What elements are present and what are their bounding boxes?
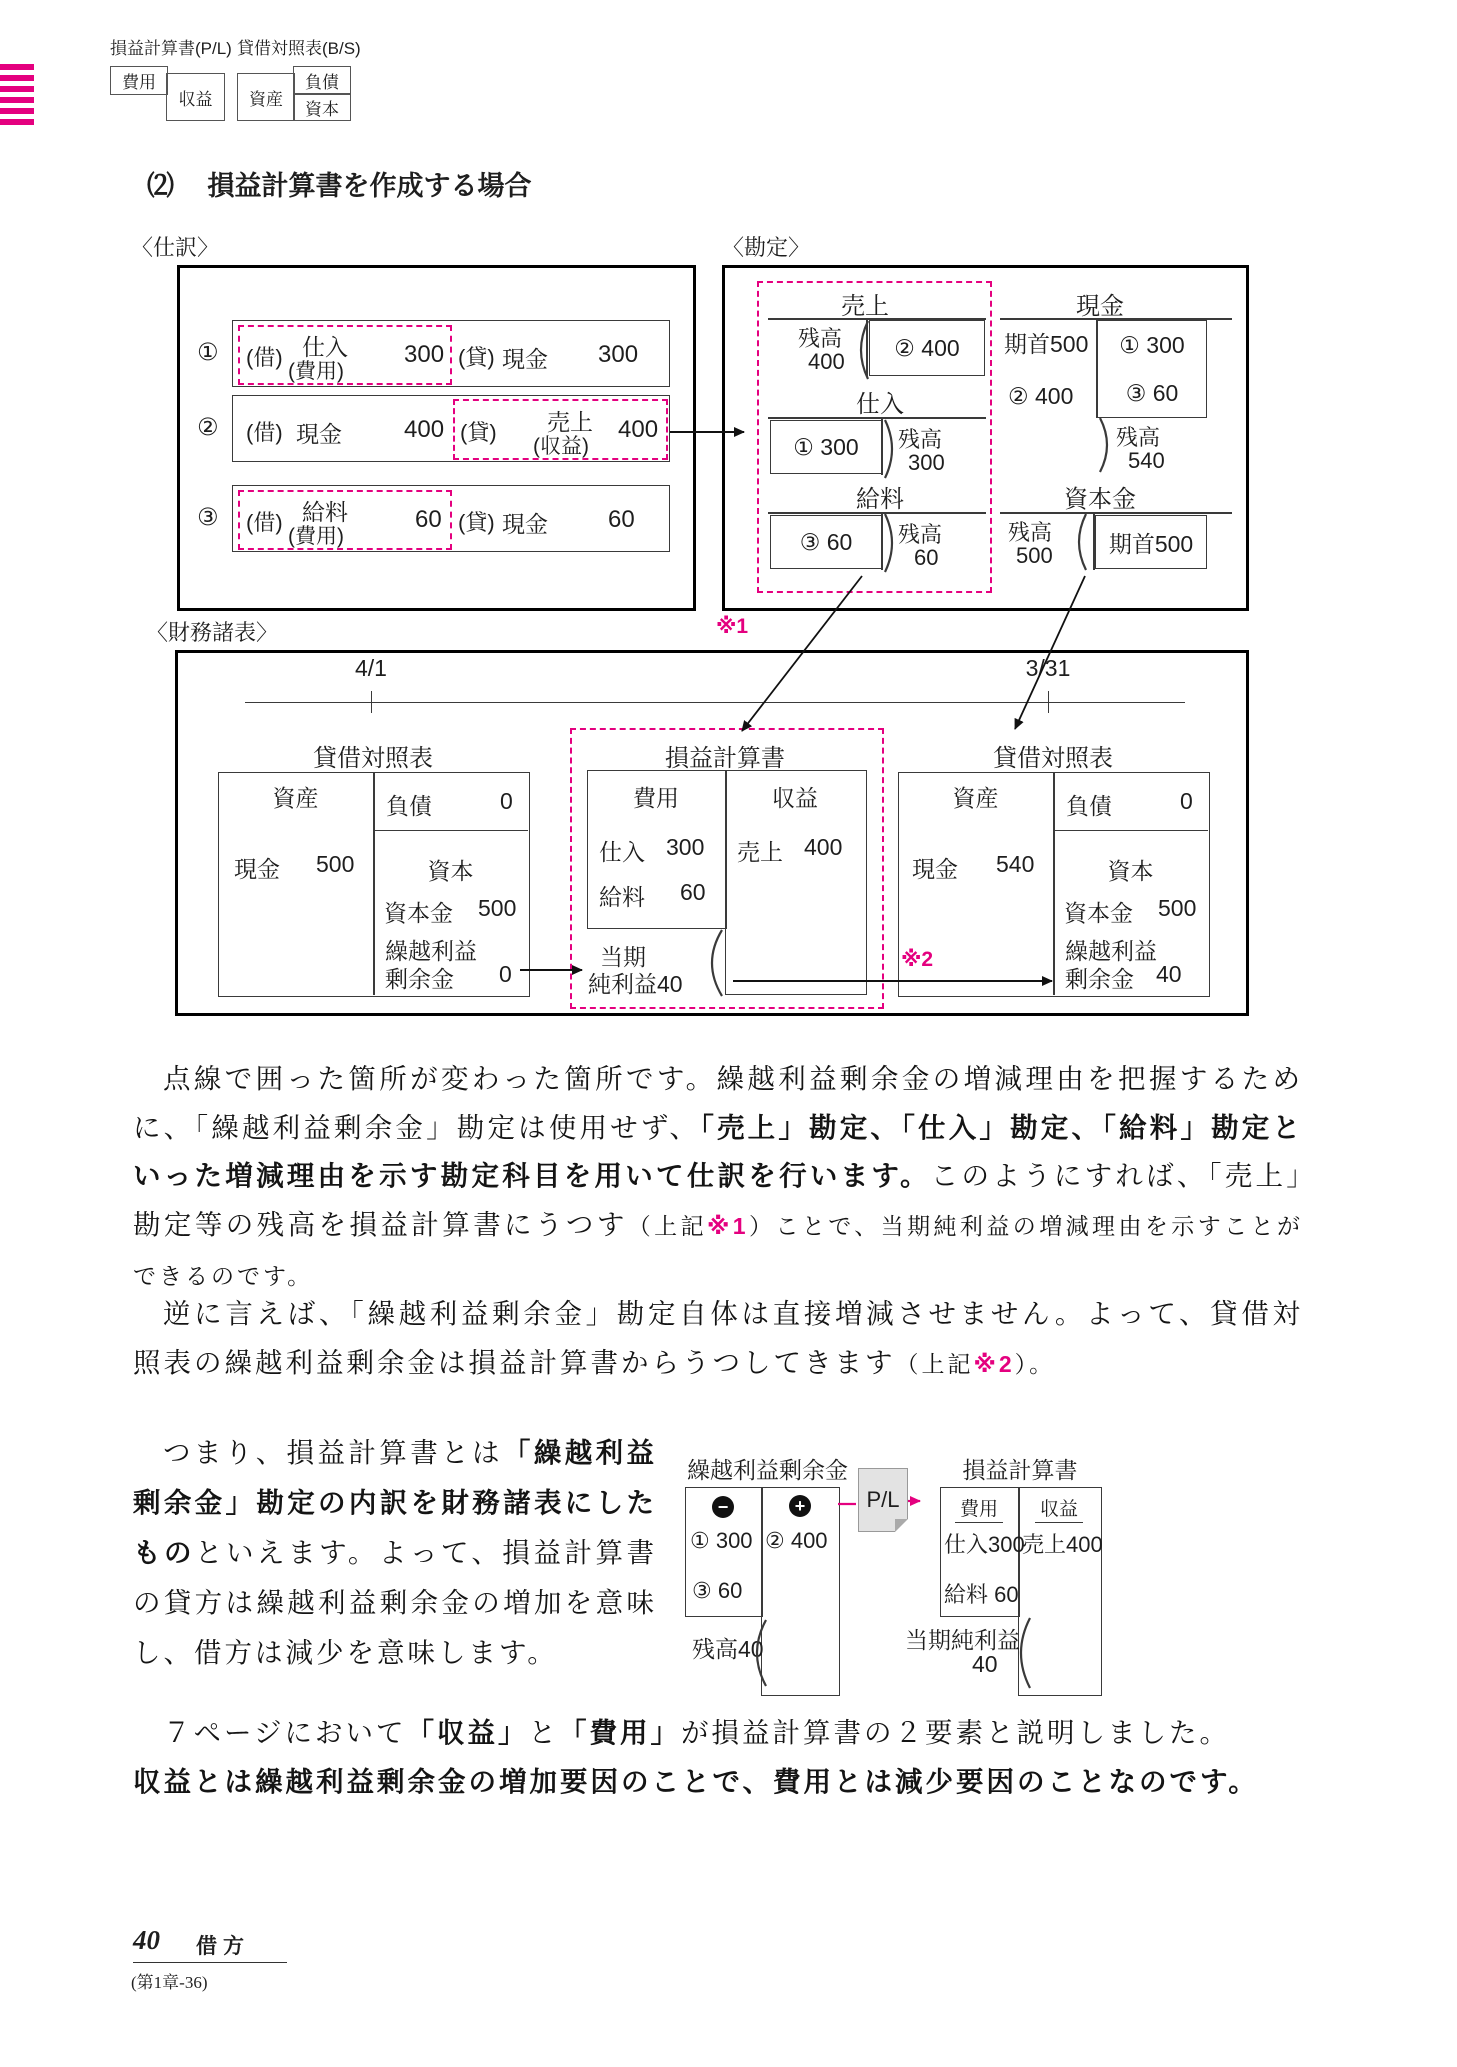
footer-rule: [133, 1962, 287, 1963]
account-salary-entry: ③ 60: [770, 515, 882, 569]
header-pl-title: 損益計算書(P/L): [110, 34, 232, 59]
header-pl-revenue-cell: 収益: [166, 73, 225, 121]
account-cash-opening: 期首500: [1004, 326, 1088, 359]
p4-seg5: が損益計算書の２要素と説明しました。: [681, 1717, 1230, 1748]
fs-label: 〈財務諸表〉: [146, 616, 278, 647]
paragraph-4: ７ページにおいて「収益」と「費用」が損益計算書の２要素と説明しました。 収益とは…: [133, 1708, 1327, 1806]
plus-icon: +: [789, 1495, 811, 1517]
account-cash-title: 現金: [1035, 286, 1165, 321]
p1-note1-ref: ※1: [707, 1213, 749, 1239]
journal-entry3-debit-prefix: (借): [246, 506, 283, 537]
retained-earnings-title: 繰越利益剰余金: [680, 1452, 855, 1485]
footer-chapter: (第1章-36): [131, 1968, 207, 1993]
timeline-date-end: 3/31: [1017, 655, 1079, 682]
journal-entry2-debit-amount: 400: [404, 416, 444, 444]
bs1-capital-label: 資本金: [384, 895, 453, 928]
account-purchases-title: 仕入: [815, 384, 945, 419]
journal-entry2-credit-prefix: (貸): [460, 416, 497, 447]
bottom-pl-expense-header: 費用: [940, 1494, 1018, 1521]
header-pl-expense-cell: 費用: [110, 66, 168, 95]
p2-seg3: ）。: [1015, 1352, 1056, 1377]
journal-label: 〈仕訳〉: [131, 231, 219, 262]
journal-entry1-debit-type: (費用): [288, 355, 344, 385]
account-cash-credit-entry1: ① 300: [1119, 332, 1184, 359]
note2-label: ※2: [901, 947, 933, 972]
bs1-retained-value: 0: [499, 961, 512, 988]
account-cash-debit-entry: ② 400: [1008, 383, 1073, 410]
journal-entry3-credit-prefix: (貸): [458, 506, 495, 537]
bottom-pl-revenue-header-text: 収益: [1035, 1499, 1083, 1523]
retained-earnings-debit2: ③ 60: [692, 1578, 742, 1604]
pl-expense2-value: 60: [680, 879, 706, 906]
journal-entry1-debit-amount: 300: [404, 341, 444, 369]
bottom-pl-expense2: 給料 60: [944, 1578, 1019, 1609]
bs2-asset-value: 540: [996, 851, 1034, 878]
p4-seg1: ７ページにおいて: [163, 1717, 406, 1748]
section-title: 損益計算書を作成する場合: [208, 171, 532, 201]
journal-entry2-number: ②: [197, 413, 219, 442]
bottom-pl-expense1: 仕入300: [944, 1528, 1025, 1559]
account-cash-credit-box: ① 300 ③ 60: [1097, 320, 1207, 418]
bs2-retained-line2: 剰余金: [1065, 961, 1134, 994]
p4-seg2-bold: 「収益」: [406, 1717, 528, 1748]
journal-entry2-credit-type: (収益): [533, 430, 589, 460]
pl-document-icon: P/L: [858, 1468, 908, 1532]
bs2-capital-label: 資本金: [1064, 895, 1133, 928]
p4-seg6-bold: 収益とは繰越利益剰余金の増加要因のことで、費用とは減少要因のことなのです。: [133, 1766, 1259, 1797]
timeline-date-start: 4/1: [346, 655, 396, 682]
journal-entry2-debit-prefix: (借): [246, 416, 283, 447]
account-sales-divider: [866, 318, 868, 376]
timeline-tick-start: [371, 691, 372, 713]
bs1-equity-header: 資本: [373, 853, 528, 886]
account-salary-line: [768, 512, 986, 514]
retained-earnings-credit-cell: [761, 1487, 840, 1696]
p4-seg3: と: [528, 1717, 559, 1748]
journal-entry3-number: ③: [197, 503, 219, 532]
journal-entry1-credit-prefix: (貸): [458, 341, 495, 372]
section-number: ⑵: [147, 171, 174, 201]
footer-page-number: 40: [133, 1925, 160, 1956]
retained-earnings-balance: 残高40: [692, 1631, 764, 1664]
p2-seg2: （上記: [896, 1352, 974, 1377]
ledger-label: 〈勘定〉: [722, 231, 810, 262]
bs2-assets-header: 資産: [898, 780, 1053, 813]
header-bs-liability-cell: 負債: [293, 66, 351, 95]
journal-entry3-debit-type: (費用): [288, 520, 344, 550]
journal-entry1-credit-account: 現金: [502, 341, 548, 374]
timeline: [245, 702, 1185, 703]
p3-seg1: つまり、損益計算書とは: [163, 1437, 503, 1468]
decorative-stripes: [0, 64, 34, 125]
bs2-retained-value: 40: [1156, 961, 1182, 988]
bottom-pl-revenue1: 売上400: [1022, 1528, 1103, 1559]
bs1-retained-line2: 剰余金: [385, 961, 454, 994]
journal-entry1-debit-prefix: (借): [246, 341, 283, 372]
bs2-liability-line: [1053, 830, 1208, 831]
header-bs-equity-cell: 資本: [293, 93, 351, 121]
bs1-asset-item: 現金: [234, 851, 280, 884]
bottom-pl-expense-header-text: 費用: [955, 1499, 1003, 1523]
pl-expense1-label: 仕入: [599, 834, 645, 867]
journal-entry1-number: ①: [197, 338, 219, 367]
section-heading: ⑵ 損益計算書を作成する場合: [147, 164, 532, 203]
account-sales-balance-value: 400: [808, 349, 845, 375]
account-salary-title: 給料: [815, 479, 945, 514]
bs1-liability-label: 負債: [386, 788, 432, 821]
bs2-liability-value: 0: [1180, 788, 1193, 815]
p4-seg4-bold: 「費用」: [559, 1717, 681, 1748]
paragraph-1: 点線で囲った箇所が変わった箇所です。繰越利益剰余金の増減理由を把握するために、「…: [133, 1055, 1303, 1302]
account-capital-entry: 期首500: [1095, 515, 1207, 569]
header-bs-asset-cell: 資産: [237, 73, 295, 121]
bs2-equity-header: 資本: [1053, 853, 1208, 886]
bs2-capital-value: 500: [1158, 895, 1196, 922]
minus-icon: −: [712, 1496, 734, 1518]
bottom-pl-revenue-header: 収益: [1018, 1494, 1100, 1521]
pl-net-income-line2: 純利益40: [588, 966, 683, 999]
bs1-assets-header: 資産: [218, 780, 373, 813]
paragraph-2: 逆に言えば、「繰越利益剰余金」勘定自体は直接増減させません。よって、貸借対照表の…: [133, 1290, 1303, 1389]
bs1-liability-value: 0: [500, 788, 513, 815]
bs2-title: 貸借対照表: [973, 738, 1133, 773]
account-sales-title: 売上: [800, 286, 930, 321]
p1-seg4: （上記: [628, 1214, 707, 1239]
journal-entry2-credit-amount: 400: [618, 416, 658, 444]
pl-revenue1-label: 売上: [737, 834, 783, 867]
account-salary-balance-value: 60: [914, 545, 938, 571]
bs2-asset-item: 現金: [912, 851, 958, 884]
pl-revenue-header: 収益: [725, 780, 865, 813]
account-capital-title: 資本金: [1035, 479, 1165, 514]
bottom-pl-net-income-label: 当期純利益: [905, 1622, 1020, 1655]
account-capital-line: [1000, 512, 1232, 514]
footer-page-word: 借方: [196, 1930, 250, 1960]
account-purchases-line: [768, 417, 986, 419]
account-purchases-entry: ① 300: [770, 420, 882, 474]
account-cash-credit-entry2: ③ 60: [1126, 380, 1179, 407]
bottom-pl-net-income-value: 40: [972, 1651, 998, 1678]
journal-entry2-debit-account: 現金: [296, 416, 342, 449]
p2-seg1: 逆に言えば、「繰越利益剰余金」勘定自体は直接増減させません。よって、貸借対照表の…: [133, 1298, 1303, 1378]
bs1-title: 貸借対照表: [293, 738, 453, 773]
timeline-tick-end: [1048, 691, 1049, 713]
retained-earnings-credit1: ② 400: [765, 1528, 828, 1554]
pl-expense1-value: 300: [666, 834, 704, 861]
note1-label: ※1: [716, 614, 748, 639]
account-purchases-balance-value: 300: [908, 450, 945, 476]
retained-earnings-debit1: ① 300: [690, 1528, 753, 1554]
bs2-liability-label: 負債: [1066, 788, 1112, 821]
account-cash-balance-value: 540: [1128, 448, 1165, 474]
p3-seg3: といえます。よって、損益計算書の貸方は繰越利益剰余金の増加を意味し、借方は減少を…: [133, 1537, 657, 1668]
pl-revenue1-value: 400: [804, 834, 842, 861]
account-capital-balance-value: 500: [1016, 543, 1053, 569]
p2-note2-ref: ※2: [974, 1351, 1015, 1377]
bs1-liability-line: [373, 830, 528, 831]
journal-entry3-credit-amount: 60: [608, 506, 635, 534]
journal-entry3-debit-amount: 60: [415, 506, 442, 534]
pl-expense2-label: 給料: [599, 879, 645, 912]
bottom-pl-title: 損益計算書: [940, 1452, 1100, 1485]
paragraph-3: つまり、損益計算書とは「繰越利益剰余金」勘定の内訳を財務諸表にしたものといえます…: [133, 1428, 657, 1678]
journal-entry1-credit-amount: 300: [598, 341, 638, 369]
pl-title: 損益計算書: [645, 738, 805, 773]
header-bs-title: 貸借対照表(B/S): [237, 34, 361, 59]
textbook-page: 損益計算書(P/L) 費用 収益 貸借対照表(B/S) 資産 負債 資本 ⑵ 損…: [0, 0, 1457, 2067]
account-sales-entry: ② 400: [869, 320, 985, 376]
pl-expense-header: 費用: [587, 780, 725, 813]
bs1-capital-value: 500: [478, 895, 516, 922]
journal-entry3-credit-account: 現金: [502, 506, 548, 539]
bs1-asset-value: 500: [316, 851, 354, 878]
